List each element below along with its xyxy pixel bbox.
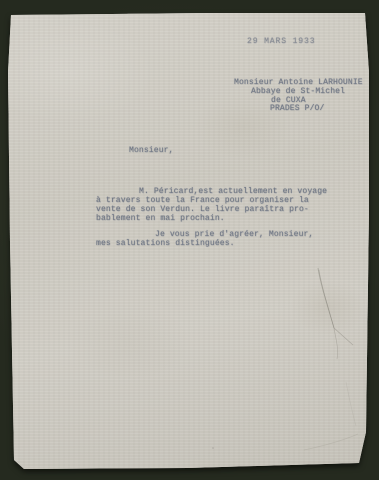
body-line: vente de son Verdun. Le livre paraîtra p… bbox=[96, 205, 309, 214]
letter-page: 29 MARS 1933 Monsieur Antoine LARHOUNIE … bbox=[8, 12, 370, 470]
recipient-name: Monsieur Antoine LARHOUNIE bbox=[234, 78, 363, 87]
closing-line: mes salutations distinguées. bbox=[96, 239, 235, 248]
body-line: M. Péricard,est actuellement en voyage bbox=[139, 187, 327, 196]
scan-background: 29 MARS 1933 Monsieur Antoine LARHOUNIE … bbox=[0, 0, 379, 480]
salutation: Monsieur, bbox=[129, 146, 174, 155]
recipient-address-line-3: PRADES P/O/ bbox=[270, 104, 324, 113]
letter-date: 29 MARS 1933 bbox=[247, 37, 315, 46]
body-line: à travers toute la France pour organiser… bbox=[96, 196, 309, 205]
letter-page-wrapper: 29 MARS 1933 Monsieur Antoine LARHOUNIE … bbox=[8, 12, 370, 470]
body-line: bablement en mai prochain. bbox=[96, 214, 225, 223]
recipient-address-line-1: Abbaye de St-Michel bbox=[251, 87, 345, 96]
closing-line: Je vous prie d'agréer, Monsieur, bbox=[155, 230, 313, 239]
